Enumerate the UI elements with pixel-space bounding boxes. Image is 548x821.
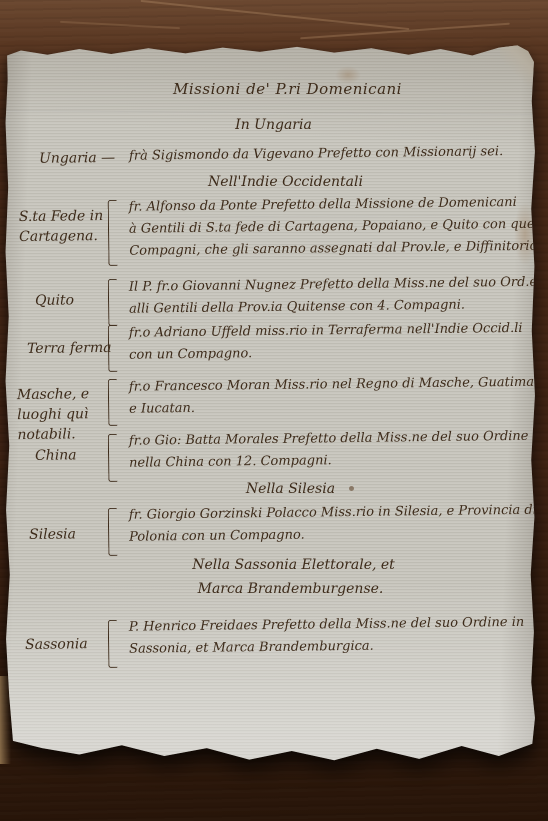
section-heading-sassonia-line2: Marca Brandemburgense. <box>5 581 536 597</box>
manuscript-photo: Missioni de' P.ri Domenicani In Ungaria … <box>0 0 548 821</box>
entry-bracket <box>108 279 118 326</box>
manuscript-paper: Missioni de' P.ri Domenicani In Ungaria … <box>5 44 536 761</box>
entry-bracket <box>108 379 118 426</box>
entry-silesia: Silesia fr. Giorgio Gorzinski Polacco Mi… <box>5 500 532 550</box>
manuscript-paper-shadow: Missioni de' P.ri Domenicani In Ungaria … <box>5 44 536 761</box>
entry-label: Sassonia <box>25 634 88 655</box>
entry-bracket <box>108 434 118 482</box>
entry-line: nella China con 12. Compagni. <box>129 448 532 475</box>
section-heading-indie-occidentali: Nell'Indie Occidentali <box>5 174 536 190</box>
section-heading-silesia: Nella Silesia <box>5 481 536 497</box>
entry-line: frà Sigismondo da Vigevano Prefetto con … <box>129 141 532 168</box>
entry-line: con un Compagno. <box>129 340 532 367</box>
entry-terra-ferma: Terra ferma fr.o Adriano Uffeld miss.rio… <box>5 318 532 368</box>
entry-label: Terra ferma <box>27 338 112 359</box>
entry-label: China <box>35 445 77 466</box>
section-heading-ungaria: In Ungaria <box>5 117 536 133</box>
entry-line: Polonia con un Compagno. <box>129 522 532 549</box>
entry-label: Silesia <box>29 524 76 545</box>
document-title: Missioni de' P.ri Domenicani <box>5 80 536 98</box>
entry-ungaria: Ungaria — frà Sigismondo da Vigevano Pre… <box>5 141 532 169</box>
entry-line: Compagni, che gli saranno assegnati dal … <box>129 236 532 263</box>
entry-quito: Quito Il P. fr.o Giovanni Nugnez Prefett… <box>5 272 532 322</box>
entry-label: S.ta Fede in Cartagena. <box>19 206 121 247</box>
entry-line: e Iucatan. <box>129 394 532 421</box>
entry-bracket <box>108 200 118 266</box>
entry-masche: Masche, e luoghi quì notabili. fr.o Fran… <box>5 372 532 422</box>
entry-label: Ungaria — <box>39 148 115 169</box>
entry-line: Sassonia, et Marca Brandemburgica. <box>129 634 532 661</box>
entry-bracket <box>108 620 118 668</box>
entry-line: alli Gentili della Prov.ia Quitense con … <box>129 294 532 321</box>
section-heading-sassonia-line1: Nella Sassonia Elettorale, et <box>5 557 536 573</box>
entry-sassonia: Sassonia P. Henrico Freidaes Prefetto de… <box>5 612 532 662</box>
paper-crease <box>5 110 536 116</box>
entry-cartagena: S.ta Fede in Cartagena. fr. Alfonso da P… <box>5 192 533 264</box>
entry-bracket <box>108 508 118 556</box>
entry-china: China fr.o Gio: Batta Morales Prefetto d… <box>5 426 532 476</box>
entry-label: Quito <box>35 290 74 310</box>
entry-bracket <box>108 325 118 372</box>
